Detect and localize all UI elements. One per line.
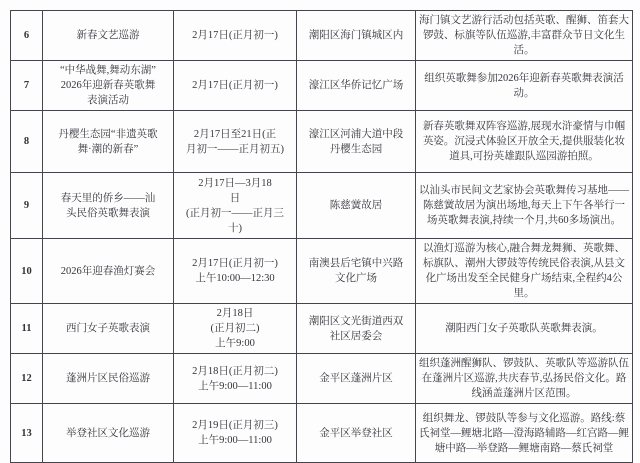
event-date-cell: 2月17日(正月初一) [174,61,297,111]
event-date-cell: 2月17日—3月18 日 (正月初一——正月三 十) [174,173,297,239]
event-location-cell: 濠江区华侨记忆广场 [297,61,416,111]
event-location-cell: 金平区举登社区 [297,404,416,463]
event-name-cell: 春天里的侨乡——汕 头民俗英歌舞表演 [43,173,174,239]
event-date-cell: 2月18日 (正月初二) 上午9:00 [174,304,297,354]
event-name-cell: 2026年迎春渔灯赛会 [43,239,174,304]
event-location-cell: 陈慈黉故居 [297,173,416,239]
event-name-cell: 举登社区文化巡游 [43,404,174,463]
events-table: 6 新春文艺巡游 2月17日(正月初一) 潮阳区海门镇城区内 海门镇文艺游行活动… [10,10,633,463]
event-description-cell: 新春英歌舞双阵容巡游,展现水浒豪情与巾帼英姿。沉浸式体验区开放全天,提供服装化妆… [416,111,633,173]
event-name-cell: 西门女子英歌表演 [43,304,174,354]
table-row: 12 蓬洲片区民俗巡游 2月18日(正月初二) 上午9:00—11:00 金平区… [11,354,633,404]
row-number-cell: 13 [11,404,43,463]
event-description-cell: 潮阳西门女子英歌队英歌舞表演。 [416,304,633,354]
row-number-cell: 7 [11,61,43,111]
row-number-cell: 8 [11,111,43,173]
event-date-cell: 2月19日(正月初三) 上午9:00—11:00 [174,404,297,463]
event-description-cell: 以汕头市民间文艺家协会英歌舞传习基地——陈慈黉故居为演出场地,每天上下午各举行一… [416,173,633,239]
table-row: 8 丹樱生态园“非遗英歌 舞·潮的新春” 2月17日至21日(正 月初一——正月… [11,111,633,173]
document-page: 6 新春文艺巡游 2月17日(正月初一) 潮阳区海门镇城区内 海门镇文艺游行活动… [10,10,633,463]
event-description-cell: 组织舞龙、锣鼓队等参与文化巡游。路线:蔡氏祠堂—鲤塘北路—澄海路辅路—红宫路—鲤… [416,404,633,463]
event-location-cell: 濠江区河浦大道中段 丹樱生态园 [297,111,416,173]
event-location-cell: 潮阳区文光街道西双 社区居委会 [297,304,416,354]
event-description-cell: 海门镇文艺游行活动包括英歌、醒狮、笛套大锣鼓、标旗等队伍巡游,丰富群众节日文化生… [416,11,633,61]
event-description-cell: 以渔灯巡游为核心,融合舞龙舞狮、英歌舞、标旗队、潮州大锣鼓等传统民俗表演,从县文… [416,239,633,304]
row-number-cell: 6 [11,11,43,61]
event-name-cell: 新春文艺巡游 [43,11,174,61]
event-name-cell: 蓬洲片区民俗巡游 [43,354,174,404]
table-row: 13 举登社区文化巡游 2月19日(正月初三) 上午9:00—11:00 金平区… [11,404,633,463]
event-date-cell: 2月18日(正月初二) 上午9:00—11:00 [174,354,297,404]
event-description-cell: 组织英歌舞参加2026年迎新春英歌舞表演活动。 [416,61,633,111]
row-number-cell: 12 [11,354,43,404]
event-name-cell: “中华战舞,舞动东湖” 2026年迎新春英歌舞 表演活动 [43,61,174,111]
event-date-cell: 2月17日(正月初一) 上午10:00—12:30 [174,239,297,304]
event-description-cell: 组织蓬洲醒狮队、锣鼓队、英歌队等巡游队伍在蓬洲片区巡游,共庆春节,弘扬民俗文化。… [416,354,633,404]
event-location-cell: 南澳县后宅镇中兴路 文化广场 [297,239,416,304]
table-row: 10 2026年迎春渔灯赛会 2月17日(正月初一) 上午10:00—12:30… [11,239,633,304]
row-number-cell: 10 [11,239,43,304]
row-number-cell: 11 [11,304,43,354]
table-row: 6 新春文艺巡游 2月17日(正月初一) 潮阳区海门镇城区内 海门镇文艺游行活动… [11,11,633,61]
event-date-cell: 2月17日(正月初一) [174,11,297,61]
event-name-cell: 丹樱生态园“非遗英歌 舞·潮的新春” [43,111,174,173]
row-number-cell: 9 [11,173,43,239]
table-row: 7 “中华战舞,舞动东湖” 2026年迎新春英歌舞 表演活动 2月17日(正月初… [11,61,633,111]
table-row: 9 春天里的侨乡——汕 头民俗英歌舞表演 2月17日—3月18 日 (正月初一—… [11,173,633,239]
table-row: 11 西门女子英歌表演 2月18日 (正月初二) 上午9:00 潮阳区文光街道西… [11,304,633,354]
event-location-cell: 金平区蓬洲片区 [297,354,416,404]
event-date-cell: 2月17日至21日(正 月初一——正月初五) [174,111,297,173]
event-location-cell: 潮阳区海门镇城区内 [297,11,416,61]
